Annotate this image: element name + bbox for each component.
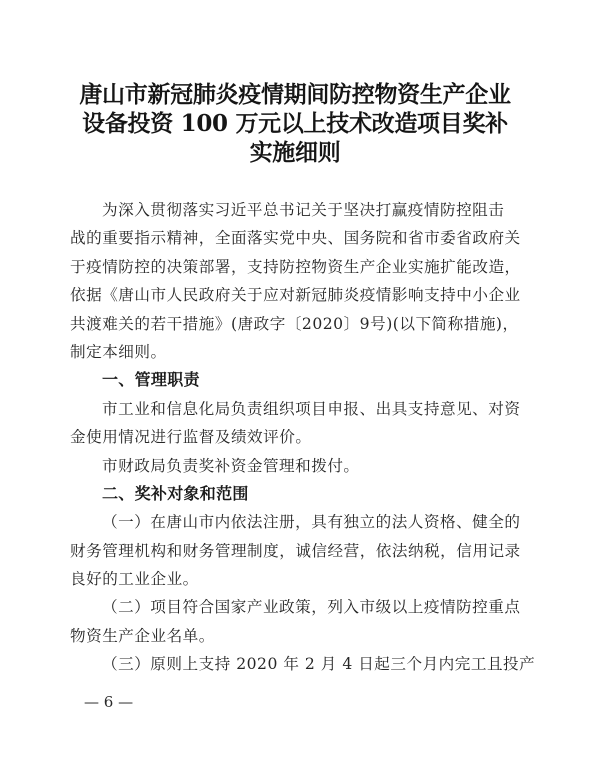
section-heading-management: 一、管理职责 xyxy=(70,366,510,394)
section-heading-scope: 二、奖补对象和范围 xyxy=(70,480,510,508)
scope-item-2-line: （二）项目符合国家产业政策，列入市级以上疫情防控重点 xyxy=(70,593,510,621)
document-title: 唐山市新冠肺炎疫情期间防控物资生产企业 设备投资 100 万元以上技术改造项目奖… xyxy=(60,80,530,167)
page-number: — 6 — xyxy=(84,691,133,713)
title-line-3: 实施细则 xyxy=(60,138,530,167)
document-body: 为深入贯彻落实习近平总书记关于坚决打赢疫情防控阻击 战的重要指示精神，全面落实党… xyxy=(70,196,510,679)
title-line-2: 设备投资 100 万元以上技术改造项目奖补 xyxy=(60,109,530,138)
scope-item-1-line: 良好的工业企业。 xyxy=(70,565,510,593)
intro-paragraph-line: 制定本细则。 xyxy=(70,338,510,366)
intro-paragraph-line: 共渡难关的若干措施》(唐政字〔2020〕9号)(以下简称措施)， xyxy=(70,310,510,338)
intro-paragraph-line: 战的重要指示精神，全面落实党中央、国务院和省市委省政府关 xyxy=(70,224,510,252)
finance-paragraph-line: 市财政局负责奖补资金管理和拨付。 xyxy=(70,452,510,480)
document-page: 唐山市新冠肺炎疫情期间防控物资生产企业 设备投资 100 万元以上技术改造项目奖… xyxy=(0,0,590,783)
intro-paragraph-line: 于疫情防控的决策部署，支持防控物资生产企业实施扩能改造， xyxy=(70,253,510,281)
scope-item-1-line: 财务管理机构和财务管理制度，诚信经营，依法纳税，信用记录 xyxy=(70,537,510,565)
scope-item-2-line: 物资生产企业名单。 xyxy=(70,622,510,650)
management-paragraph-line: 金使用情况进行监督及绩效评价。 xyxy=(70,423,510,451)
management-paragraph-line: 市工业和信息化局负责组织项目申报、出具支持意见、对资 xyxy=(70,395,510,423)
intro-paragraph-line: 为深入贯彻落实习近平总书记关于坚决打赢疫情防控阻击 xyxy=(70,196,510,224)
scope-item-3-line: （三）原则上支持 2020 年 2 月 4 日起三个月内完工且投产 xyxy=(70,650,510,678)
title-line-1: 唐山市新冠肺炎疫情期间防控物资生产企业 xyxy=(60,80,530,109)
scope-item-1-line: （一）在唐山市内依法注册，具有独立的法人资格、健全的 xyxy=(70,508,510,536)
intro-paragraph-line: 依据《唐山市人民政府关于应对新冠肺炎疫情影响支持中小企业 xyxy=(70,281,510,309)
